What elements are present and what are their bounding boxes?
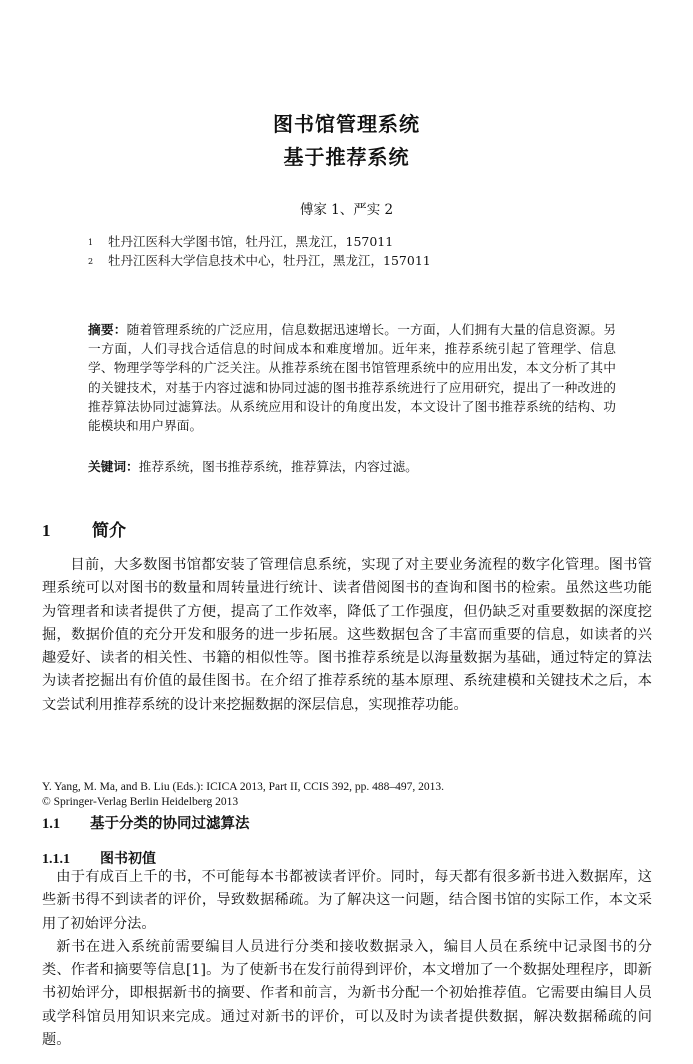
section-heading-1-1: 1.1基于分类的协同过滤算法 [42, 812, 250, 833]
authors: 傅家 1、严实 2 [0, 198, 693, 218]
paragraph: 新书在进入系统前需要编目人员进行分类和接收数据录入，编目人员在系统中记录图书的分… [42, 936, 652, 1052]
paragraph: 由于有成百上千的书，不可能每本书都被读者评价。同时，每天都有很多新书进入数据库，… [42, 866, 652, 936]
affiliation-number: 1 [88, 238, 108, 247]
citation-footer: Y. Yang, M. Ma, and B. Liu (Eds.): ICICA… [42, 780, 444, 809]
paragraph: 目前，大多数图书馆都安装了管理信息系统，实现了对主要业务流程的数字化管理。图书管… [42, 554, 652, 717]
affiliation-number: 2 [88, 257, 108, 266]
section-title: 图书初值 [100, 851, 156, 867]
keywords: 关键词：推荐系统，图书推荐系统，推荐算法，内容过滤。 [88, 456, 418, 475]
paper-title-line2: 基于推荐系统 [0, 141, 693, 170]
section1-1-1-body: 由于有成百上千的书，不可能每本书都被读者评价。同时，每天都有很多新书进入数据库，… [42, 866, 652, 1052]
section-heading-1-1-1: 1.1.1图书初值 [42, 848, 156, 868]
section-heading-1: 1简介 [42, 516, 126, 541]
affiliation-text: 牡丹江医科大学信息技术中心，牡丹江，黑龙江，157011 [108, 253, 431, 268]
abstract-text: 随着管理系统的广泛应用，信息数据迅速增长。一方面，人们拥有大量的信息资源。另一方… [88, 322, 616, 433]
citation-line: Y. Yang, M. Ma, and B. Liu (Eds.): ICICA… [42, 780, 444, 795]
section-number: 1 [42, 521, 92, 541]
abstract: 摘要：随着管理系统的广泛应用，信息数据迅速增长。一方面，人们拥有大量的信息资源。… [88, 320, 616, 435]
keywords-text: 推荐系统，图书推荐系统，推荐算法，内容过滤。 [139, 459, 418, 474]
section-number: 1.1 [42, 816, 90, 833]
section1-body: 目前，大多数图书馆都安装了管理信息系统，实现了对主要业务流程的数字化管理。图书管… [42, 554, 652, 717]
paper-title-line1: 图书馆管理系统 [0, 108, 693, 137]
section-title: 基于分类的协同过滤算法 [90, 816, 250, 832]
affiliation-2: 2牡丹江医科大学信息技术中心，牡丹江，黑龙江，157011 [88, 251, 431, 269]
affiliation-text: 牡丹江医科大学图书馆，牡丹江，黑龙江，157011 [108, 234, 393, 249]
affiliation-1: 1牡丹江医科大学图书馆，牡丹江，黑龙江，157011 [88, 232, 393, 250]
section-title: 简介 [92, 521, 126, 541]
keywords-label: 关键词： [88, 459, 139, 474]
abstract-label: 摘要： [88, 322, 127, 337]
copyright-line: © Springer-Verlag Berlin Heidelberg 2013 [42, 795, 444, 810]
